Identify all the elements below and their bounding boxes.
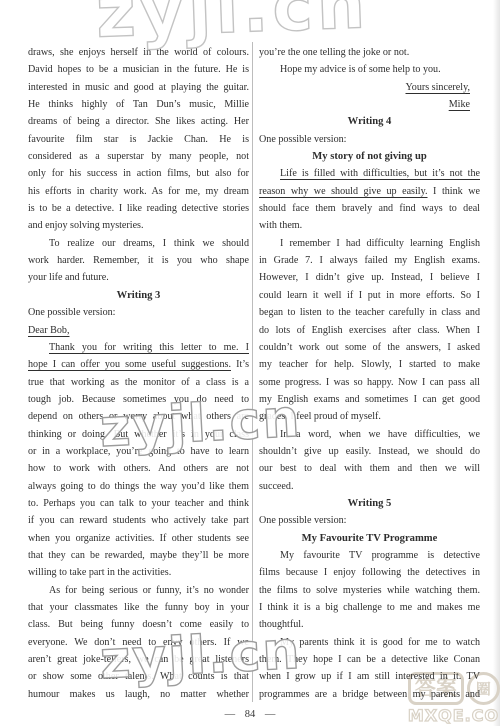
text-line: humour makes us laugh, no matter whether — [28, 686, 249, 703]
text-segment: depend on others or worry about what oth… — [28, 411, 249, 422]
text-line: in Grade 7. I always failed my English e… — [259, 252, 480, 269]
text-segment: My story of not giving up — [312, 151, 426, 162]
text-line: grades. I feel proud of myself. — [259, 408, 480, 425]
text-segment: you’re the one telling the joke or not. — [259, 47, 409, 58]
text-segment: your life and future. — [28, 272, 109, 283]
text-segment: when I grow up if I am still interested … — [259, 671, 480, 682]
text-segment: shouldn’t give up easily. Instead, we sh… — [259, 446, 480, 457]
text-line: succeed. — [259, 478, 480, 495]
column-divider-rule — [252, 42, 253, 702]
underlined-text-segment: Thank you for writing this letter to me.… — [49, 342, 249, 353]
text-line: thinking or doing. But whether it’s in y… — [28, 426, 249, 443]
text-line: your life and future. — [28, 269, 249, 286]
underlined-text-segment: Mike — [449, 99, 470, 110]
text-line: began to listen to the teacher carefully… — [259, 304, 480, 321]
text-segment: favourite film star is Jackie Chan. He i… — [28, 134, 249, 145]
text-line: with them. — [259, 217, 480, 234]
left-column: draws, she enjoys herself in the world o… — [28, 44, 249, 703]
text-segment: his efforts in charity work. As for me, … — [28, 186, 249, 197]
text-line: his efforts in charity work. As for me, … — [28, 183, 249, 200]
text-segment: how to work with others. And others are … — [28, 463, 249, 474]
text-line: willing to take part in the activities. — [28, 564, 249, 581]
text-line: interested in music and good at playing … — [28, 79, 249, 96]
text-segment: interested in music and good at playing … — [28, 82, 249, 93]
text-line: work harder. Remember, it is you who sha… — [28, 252, 249, 269]
text-line: to. Perhaps you can talk to your teacher… — [28, 495, 249, 512]
text-segment: As for being serious or funny, it’s no w… — [49, 585, 249, 596]
text-segment: draws, she enjoys herself in the world o… — [28, 47, 249, 58]
text-line: Life is filled with difficulties, but it… — [259, 165, 480, 182]
text-segment: considered as a superstar by many people… — [28, 151, 249, 162]
text-line: only for his success in action films, bu… — [28, 165, 249, 182]
text-segment: if you can reward students who actively … — [28, 515, 249, 526]
text-line: draws, she enjoys herself in the world o… — [28, 44, 249, 61]
text-segment: our best to deal with them and then we w… — [259, 463, 480, 474]
text-line: favourite film star is Jackie Chan. He i… — [28, 131, 249, 148]
text-line: My story of not giving up — [259, 148, 480, 165]
text-line: I remember I had difficulty learning Eng… — [259, 235, 480, 252]
text-line: always going to do things the way you’d … — [28, 478, 249, 495]
text-line: However, I didn’t give up. Instead, I be… — [259, 269, 480, 286]
text-line: do lots of English exercises after class… — [259, 322, 480, 339]
text-segment: only for his success in action films, bu… — [28, 168, 249, 179]
text-line: some progress. I was so happy. Now I can… — [259, 374, 480, 391]
text-segment: I remember I had difficulty learning Eng… — [280, 238, 480, 249]
text-line: My favourite TV programme is detective — [259, 547, 480, 564]
text-line: In a word, when we have difficulties, we — [259, 426, 480, 443]
text-line: when I grow up if I am still interested … — [259, 668, 480, 685]
text-line: or show some other talents. What counts … — [28, 668, 249, 685]
text-line: my teacher for help. Slowly, I started t… — [259, 356, 480, 373]
text-segment: aren’t great joke-tellers, we can be gre… — [28, 654, 249, 665]
text-segment: when you organize activities. If other s… — [28, 533, 249, 544]
right-column: you’re the one telling the joke or not.H… — [259, 44, 480, 703]
text-segment: do lots of English exercises after class… — [259, 325, 480, 336]
text-line: aren’t great joke-tellers, we can be gre… — [28, 651, 249, 668]
text-line: could learn it well if I put in more eff… — [259, 287, 480, 304]
text-line: and enjoy solving mysteries. — [28, 217, 249, 234]
text-line: Writing 4 — [259, 113, 480, 130]
text-segment: and enjoy solving mysteries. — [28, 220, 144, 231]
text-line: depend on others or worry about what oth… — [28, 408, 249, 425]
text-segment: class. But being funny doesn’t come easi… — [28, 619, 249, 630]
text-line: true that working as the monitor of a cl… — [28, 374, 249, 391]
text-line: Mike — [259, 96, 480, 113]
scanned-answer-page: draws, she enjoys herself in the world o… — [0, 0, 500, 726]
text-segment: true that working as the monitor of a cl… — [28, 377, 249, 388]
text-line: my English exams and sometimes I can get… — [259, 391, 480, 408]
text-segment: One possible version: — [259, 134, 346, 145]
text-line: dreams of being a director. She likes ac… — [28, 113, 249, 130]
text-line: shouldn’t give up easily. Instead, we sh… — [259, 443, 480, 460]
text-segment: thinking or doing. But whether it’s in y… — [28, 429, 249, 440]
text-segment: In a word, when we have difficulties, we — [280, 429, 480, 440]
text-segment: should face them bravely and find ways t… — [259, 203, 480, 214]
text-segment: some progress. I was so happy. Now I can… — [259, 377, 480, 388]
text-line: As for being serious or funny, it’s no w… — [28, 582, 249, 599]
text-segment: My favourite TV programme is detective — [280, 550, 480, 561]
text-line: Writing 3 — [28, 287, 249, 304]
text-line: is to be a detective. I like reading det… — [28, 200, 249, 217]
text-line: films because I enjoy following the dete… — [259, 564, 480, 581]
text-segment: or in a workplace, you’re going to have … — [28, 446, 249, 457]
text-line: programmes are a bridge between my paren… — [259, 686, 480, 703]
text-segment: It’s — [231, 359, 249, 370]
underlined-text-segment: Yours sincerely, — [406, 82, 471, 93]
text-line: To realize our dreams, I think we should — [28, 235, 249, 252]
text-segment: couldn’t work out some of the answers, I… — [259, 342, 480, 353]
underlined-text-segment: hope I can offer you some useful suggest… — [28, 359, 231, 370]
text-line: My parents think it is good for me to wa… — [259, 634, 480, 651]
text-line: My Favourite TV Programme — [259, 530, 480, 547]
underlined-text-segment: reason why we should give up easily. — [259, 186, 428, 197]
text-segment: willing to take part in the activities. — [28, 567, 171, 578]
text-line: Yours sincerely, — [259, 79, 480, 96]
text-segment: tough job. Because sometimes you do need… — [28, 394, 249, 405]
text-segment: My Favourite TV Programme — [302, 533, 438, 544]
text-segment: One possible version: — [259, 515, 346, 526]
scan-edge-shading — [493, 0, 500, 726]
text-segment: began to listen to the teacher carefully… — [259, 307, 480, 318]
underlined-text-segment: Life is filled with difficulties, but it… — [280, 168, 480, 179]
text-segment: Writing 3 — [117, 290, 161, 301]
text-line: that your classmates like the funny boy … — [28, 599, 249, 616]
text-segment: dreams of being a director. She likes ac… — [28, 116, 249, 127]
text-line: when you organize activities. If other s… — [28, 530, 249, 547]
text-segment: My parents think it is good for me to wa… — [280, 637, 480, 648]
text-line: He thinks highly of Tan Dun’s music, Mil… — [28, 96, 249, 113]
text-line: One possible version: — [259, 131, 480, 148]
text-line: hope I can offer you some useful suggest… — [28, 356, 249, 373]
text-line: if you can reward students who actively … — [28, 512, 249, 529]
text-segment: could learn it well if I put in more eff… — [259, 290, 480, 301]
text-line: One possible version: — [259, 512, 480, 529]
text-line: Thank you for writing this letter to me.… — [28, 339, 249, 356]
page-number: — 84 — — [0, 709, 500, 720]
text-segment: programmes are a bridge between my paren… — [259, 689, 480, 700]
text-segment: He thinks highly of Tan Dun’s music, Mil… — [28, 99, 249, 110]
text-segment: that your classmates like the funny boy … — [28, 602, 249, 613]
text-segment: in Grade 7. I always failed my English e… — [259, 255, 480, 266]
text-segment: films because I enjoy following the dete… — [259, 567, 480, 578]
text-segment: One possible version: — [28, 307, 115, 318]
text-line: everyone. We don’t need to envy others. … — [28, 634, 249, 651]
text-segment: my English exams and sometimes I can get… — [259, 394, 480, 405]
text-segment: However, I didn’t give up. Instead, I be… — [259, 272, 480, 283]
text-segment: Hope my advice is of some help to you. — [280, 64, 441, 75]
text-line: that they can be rewarded, maybe they’ll… — [28, 547, 249, 564]
text-segment: them. They hope I can be a detective lik… — [259, 654, 480, 665]
text-segment: to. Perhaps you can talk to your teacher… — [28, 498, 249, 509]
text-line: Hope my advice is of some help to you. — [259, 61, 480, 78]
text-segment: everyone. We don’t need to envy others. … — [28, 637, 249, 648]
text-segment: I think we — [428, 186, 480, 197]
text-segment: the films to solve mysteries while watch… — [259, 585, 480, 596]
text-segment: grades. I feel proud of myself. — [259, 411, 381, 422]
text-line: couldn’t work out some of the answers, I… — [259, 339, 480, 356]
text-segment: or show some other talents. What counts … — [28, 671, 249, 682]
text-line: thoughtful. — [259, 616, 480, 633]
underlined-text-segment: Dear Bob, — [28, 325, 69, 336]
text-segment: my teacher for help. Slowly, I started t… — [259, 359, 480, 370]
text-segment: I think it is a big challenge to me and … — [259, 602, 480, 613]
text-line: how to work with others. And others are … — [28, 460, 249, 477]
text-segment: succeed. — [259, 481, 293, 492]
text-line: Writing 5 — [259, 495, 480, 512]
text-line: you’re the one telling the joke or not. — [259, 44, 480, 61]
text-line: them. They hope I can be a detective lik… — [259, 651, 480, 668]
text-segment: with them. — [259, 220, 302, 231]
text-line: the films to solve mysteries while watch… — [259, 582, 480, 599]
text-segment: humour makes us laugh, no matter whether — [28, 689, 249, 700]
text-segment: always going to do things the way you’d … — [28, 481, 249, 492]
text-line: David hopes to be a musician in the futu… — [28, 61, 249, 78]
text-line: should face them bravely and find ways t… — [259, 200, 480, 217]
text-line: or in a workplace, you’re going to have … — [28, 443, 249, 460]
text-segment: thoughtful. — [259, 619, 304, 630]
text-segment: that they can be rewarded, maybe they’ll… — [28, 550, 249, 561]
text-line: our best to deal with them and then we w… — [259, 460, 480, 477]
text-segment: David hopes to be a musician in the futu… — [28, 64, 249, 75]
text-line: class. But being funny doesn’t come easi… — [28, 616, 249, 633]
text-segment: To realize our dreams, I think we should — [49, 238, 249, 249]
text-segment: Writing 5 — [348, 498, 392, 509]
text-line: One possible version: — [28, 304, 249, 321]
text-line: tough job. Because sometimes you do need… — [28, 391, 249, 408]
text-line: reason why we should give up easily. I t… — [259, 183, 480, 200]
text-segment: is to be a detective. I like reading det… — [28, 203, 249, 214]
text-segment: Writing 4 — [348, 116, 392, 127]
text-line: considered as a superstar by many people… — [28, 148, 249, 165]
text-segment: work harder. Remember, it is you who sha… — [28, 255, 249, 266]
text-line: Dear Bob, — [28, 322, 249, 339]
text-line: I think it is a big challenge to me and … — [259, 599, 480, 616]
